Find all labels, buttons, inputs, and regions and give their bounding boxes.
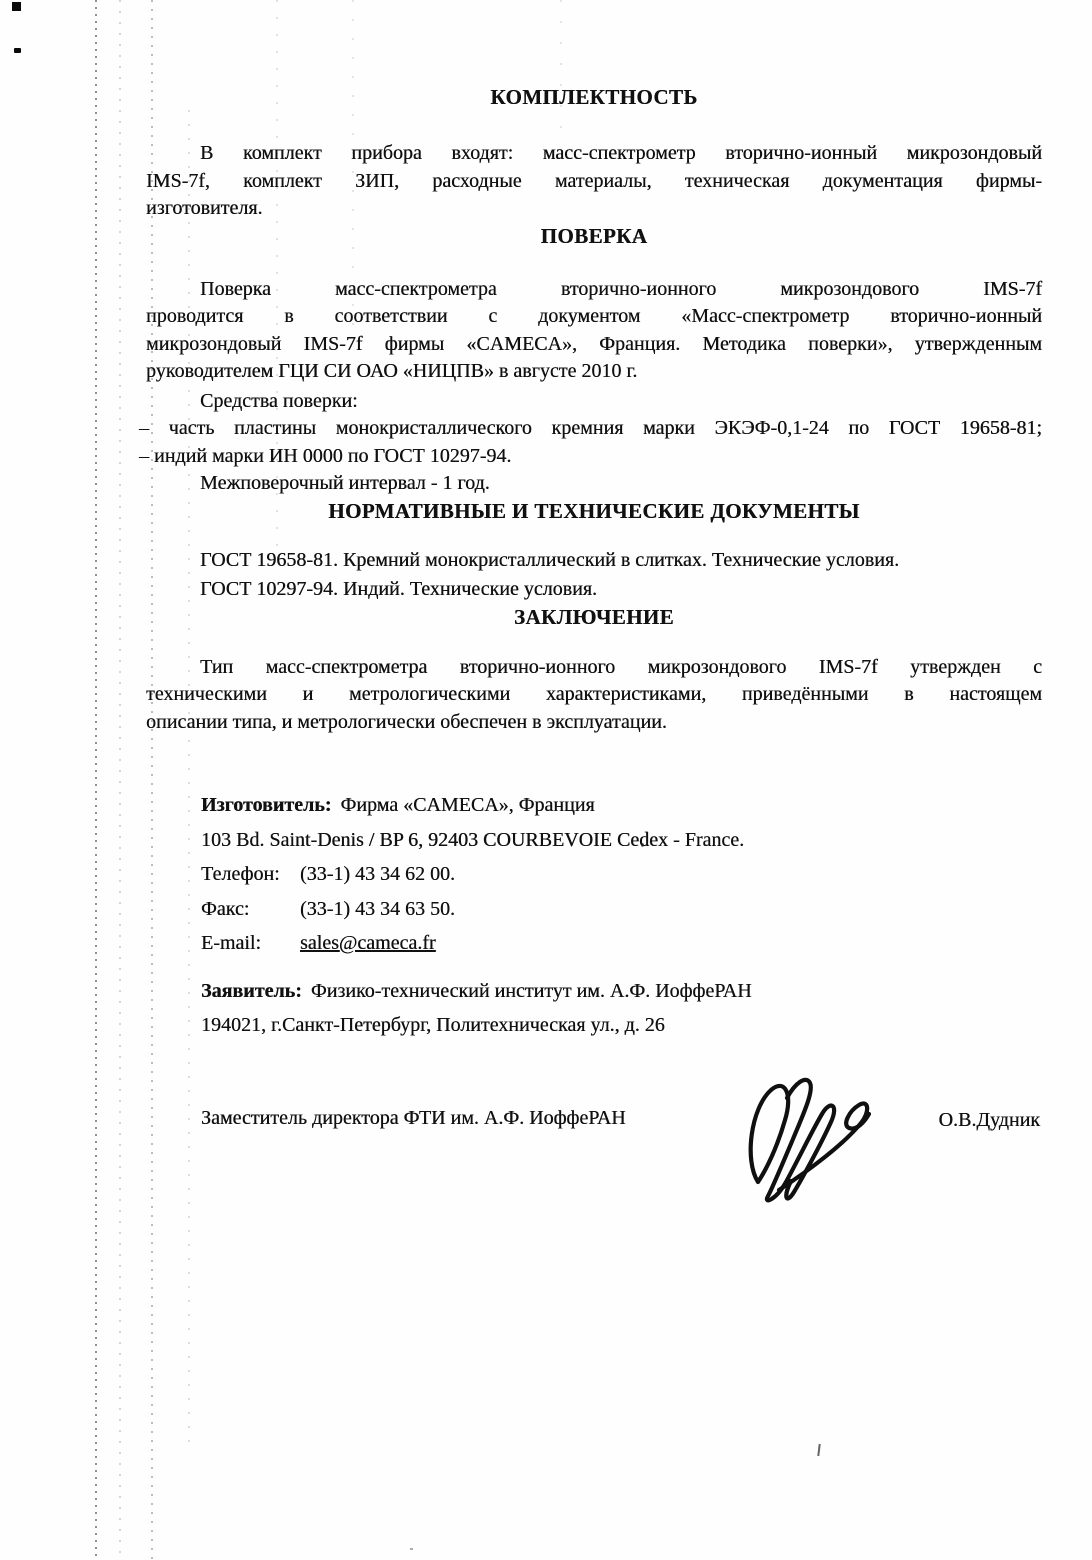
document-page: КОМПЛЕКТНОСТЬ В комплект прибора входят:… xyxy=(0,0,1092,1560)
applicant-address: 194021, г.Санкт-Петербург, Политехническ… xyxy=(201,1008,1042,1043)
applicant-label: Заявитель: xyxy=(201,980,302,1002)
fax-label: Факс: xyxy=(201,892,300,927)
signature-row: Заместитель директора ФТИ им. А.Ф. Иоффе… xyxy=(201,1105,1042,1265)
phone-value: (33-1) 43 34 62 00. xyxy=(300,863,455,885)
verification-means-item: – часть пластины монокристаллического кр… xyxy=(139,415,1042,443)
scan-noise-column xyxy=(119,0,121,1560)
text-line: микрозондовый IMS-7f фирмы «CAMECA», Фра… xyxy=(146,331,1042,359)
paragraph-completeness: В комплект прибора входят: масс-спектром… xyxy=(146,140,1042,223)
normative-doc: ГОСТ 19658-81. Кремний монокристаллическ… xyxy=(200,546,1042,575)
manufacturer-email-line: E-mail:sales@cameca.fr xyxy=(201,926,1042,961)
manufacturer-fax-line: Факс:(33-1) 43 34 63 50. xyxy=(201,892,1042,927)
text-line: руководителем ГЦИ СИ ОАО «НИЦПВ» в авгус… xyxy=(146,358,1042,386)
text-line: Тип масс-спектрометра вторично-ионного м… xyxy=(146,654,1042,682)
fax-value: (33-1) 43 34 63 50. xyxy=(300,898,455,920)
signer-name: О.В.Дудник xyxy=(939,1107,1040,1135)
text-line: В комплект прибора входят: масс-спектром… xyxy=(146,140,1042,168)
signature-scribble xyxy=(731,1063,871,1203)
manufacturer-phone-line: Телефон:(33-1) 43 34 62 00. xyxy=(201,857,1042,892)
manufacturer-label: Изготовитель: xyxy=(201,794,331,816)
scan-tick-mark xyxy=(817,1444,820,1456)
signer-role: Заместитель директора ФТИ им. А.Ф. Иоффе… xyxy=(201,1105,626,1133)
email-label: E-mail: xyxy=(201,926,300,961)
paragraph-conclusion: Тип масс-спектрометра вторично-ионного м… xyxy=(146,654,1042,737)
paragraph-verification: Поверка масс-спектрометра вторично-ионно… xyxy=(146,276,1042,386)
text-line: описании типа, и метрологически обеспече… xyxy=(146,709,1042,737)
heading-conclusion: ЗАКЛЮЧЕНИЕ xyxy=(146,604,1042,630)
scan-noise-column xyxy=(560,0,562,140)
normative-docs: ГОСТ 19658-81. Кремний монокристаллическ… xyxy=(146,546,1042,604)
manufacturer-block: Изготовитель:Фирма «CAMECA», Франция 103… xyxy=(201,788,1042,961)
phone-label: Телефон: xyxy=(201,857,300,892)
scan-blot xyxy=(14,48,21,53)
scan-blot xyxy=(12,2,21,11)
text-line: проводится в соответствии с документом «… xyxy=(146,303,1042,331)
email-link[interactable]: sales@cameca.fr xyxy=(300,932,436,954)
text-line: техническими и метрологическими характер… xyxy=(146,681,1042,709)
heading-normative: НОРМАТИВНЫЕ И ТЕХНИЧЕСКИЕ ДОКУМЕНТЫ xyxy=(146,498,1042,524)
applicant-block: Заявитель:Физико-технический институт им… xyxy=(201,974,1042,1043)
text-line: IMS-7f, комплект ЗИП, расходные материал… xyxy=(146,168,1042,196)
scan-noise-column xyxy=(95,0,97,1560)
applicant-name-line: Заявитель:Физико-технический институт им… xyxy=(201,974,1042,1009)
verification-interval: Межповерочный интервал - 1 год. xyxy=(200,470,1042,498)
text-line: Поверка масс-спектрометра вторично-ионно… xyxy=(146,276,1042,304)
heading-completeness: КОМПЛЕКТНОСТЬ xyxy=(146,84,1042,110)
manufacturer-name: Фирма «CAMECA», Франция xyxy=(340,794,594,816)
applicant-name: Физико-технический институт им. А.Ф. Иоф… xyxy=(311,980,752,1002)
normative-doc: ГОСТ 10297-94. Индий. Технические услови… xyxy=(200,575,1042,604)
manufacturer-name-line: Изготовитель:Фирма «CAMECA», Франция xyxy=(201,788,1042,823)
scan-dot xyxy=(410,1548,413,1550)
text-line: изготовителя. xyxy=(146,195,1042,223)
manufacturer-address: 103 Bd. Saint-Denis / BP 6, 92403 COURBE… xyxy=(201,823,1042,858)
verification-means-label: Средства поверки: xyxy=(200,388,1042,416)
verification-means-item: – индий марки ИН 0000 по ГОСТ 10297-94. xyxy=(139,443,1042,471)
heading-verification: ПОВЕРКА xyxy=(146,223,1042,249)
